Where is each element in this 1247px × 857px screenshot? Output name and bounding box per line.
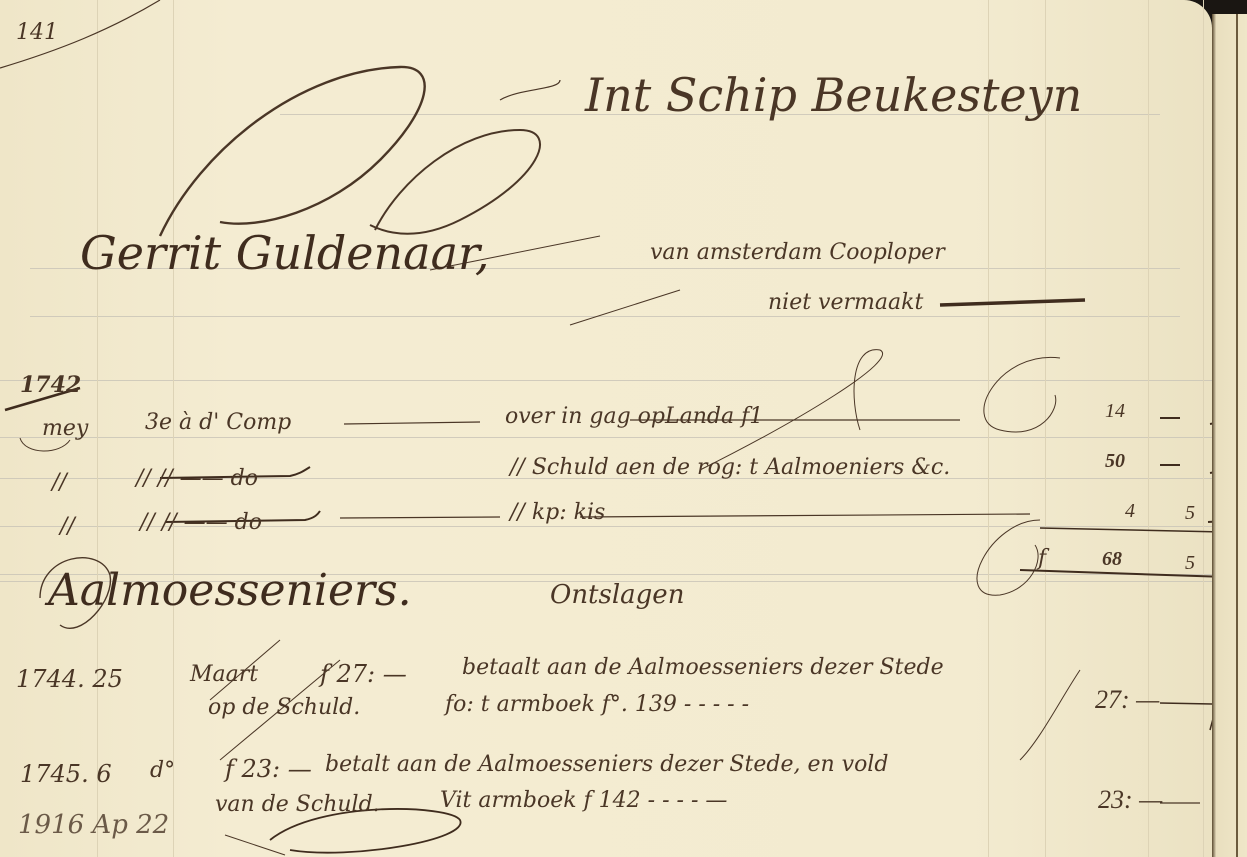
- ledger-row-stuivers: 5: [1185, 502, 1195, 525]
- ledger-row-month: //: [60, 514, 75, 539]
- ledger-row-month: mey: [42, 416, 88, 441]
- ruled-line: [0, 437, 1212, 438]
- amount-column-line: [988, 0, 989, 857]
- ruled-line: [0, 380, 1212, 381]
- amount-column-line: [1045, 0, 1046, 857]
- section-title: Aalmoesseniers.: [48, 565, 412, 616]
- amount-column-line: [1148, 0, 1149, 857]
- next-page-edge: [1212, 14, 1247, 857]
- ledger-row-guilders: 4: [1125, 500, 1135, 523]
- entry-year-day: 1744. 25: [16, 665, 123, 693]
- ledger-row-description: // kp: kis: [510, 500, 605, 525]
- entry-line2-left: op de Schuld.: [208, 695, 360, 720]
- margin-column-line: [97, 0, 98, 857]
- entry-month: Maart: [190, 662, 258, 687]
- entry-year-day: 1745. 6: [20, 760, 112, 788]
- ledger-row-guilders: 50: [1105, 450, 1125, 473]
- ship-title: Int Schip Beukesteyn: [585, 68, 1082, 122]
- ledger-total-stuivers: 5: [1185, 552, 1195, 575]
- account-holder-origin: van amsterdam Cooploper: [650, 240, 945, 265]
- ledger-row-date: // // —— do: [140, 510, 262, 535]
- account-status: niet vermaakt: [768, 290, 923, 315]
- entry-month: d°: [150, 758, 175, 783]
- ledger-row-date: // // —— do: [136, 466, 258, 491]
- ruled-line: [30, 316, 1180, 317]
- entry-line2-left: van de Schuld.: [215, 792, 380, 817]
- entry-amount: f 23: —: [225, 755, 312, 783]
- entry-total: 27: —: [1095, 685, 1159, 715]
- footer-note: 1916 Ap 22: [18, 810, 169, 840]
- ledger-row-description: over in gag opLanda f1: [505, 404, 763, 429]
- entry-total: 23: —: [1098, 785, 1162, 815]
- entry-line2: fo: t armboek f°. 139 - - - - -: [445, 692, 749, 717]
- ledger-total-guilders: 68: [1102, 548, 1122, 571]
- ledger-row-date: 3e à d' Comp: [145, 410, 291, 435]
- entry-line2: Vit armboek f 142 - - - - —: [440, 788, 727, 813]
- entry-amount: f 27: —: [320, 660, 407, 688]
- ledger-year: 1742: [20, 372, 81, 398]
- ledger-row-guilders: 14: [1105, 400, 1125, 423]
- ledger-page: 141 Int Schip Beukesteyn Gerrit Guldenaa…: [0, 0, 1212, 857]
- page-spine: [1236, 14, 1238, 857]
- section-subtitle: Ontslagen: [550, 580, 684, 610]
- ledger-row-month: //: [52, 470, 67, 495]
- entry-line1: betaalt aan de Aalmoesseniers dezer Sted…: [462, 655, 944, 680]
- amount-column-line: [1203, 0, 1204, 857]
- account-holder-name: Gerrit Guldenaar,: [80, 226, 490, 280]
- entry-line1: betalt aan de Aalmoesseniers dezer Stede…: [325, 752, 888, 777]
- page-number: 141: [16, 20, 58, 45]
- ledger-total-symbol: f: [1038, 546, 1046, 571]
- ledger-row-description: // Schuld aen de rog: t Aalmoeniers &c.: [510, 455, 950, 480]
